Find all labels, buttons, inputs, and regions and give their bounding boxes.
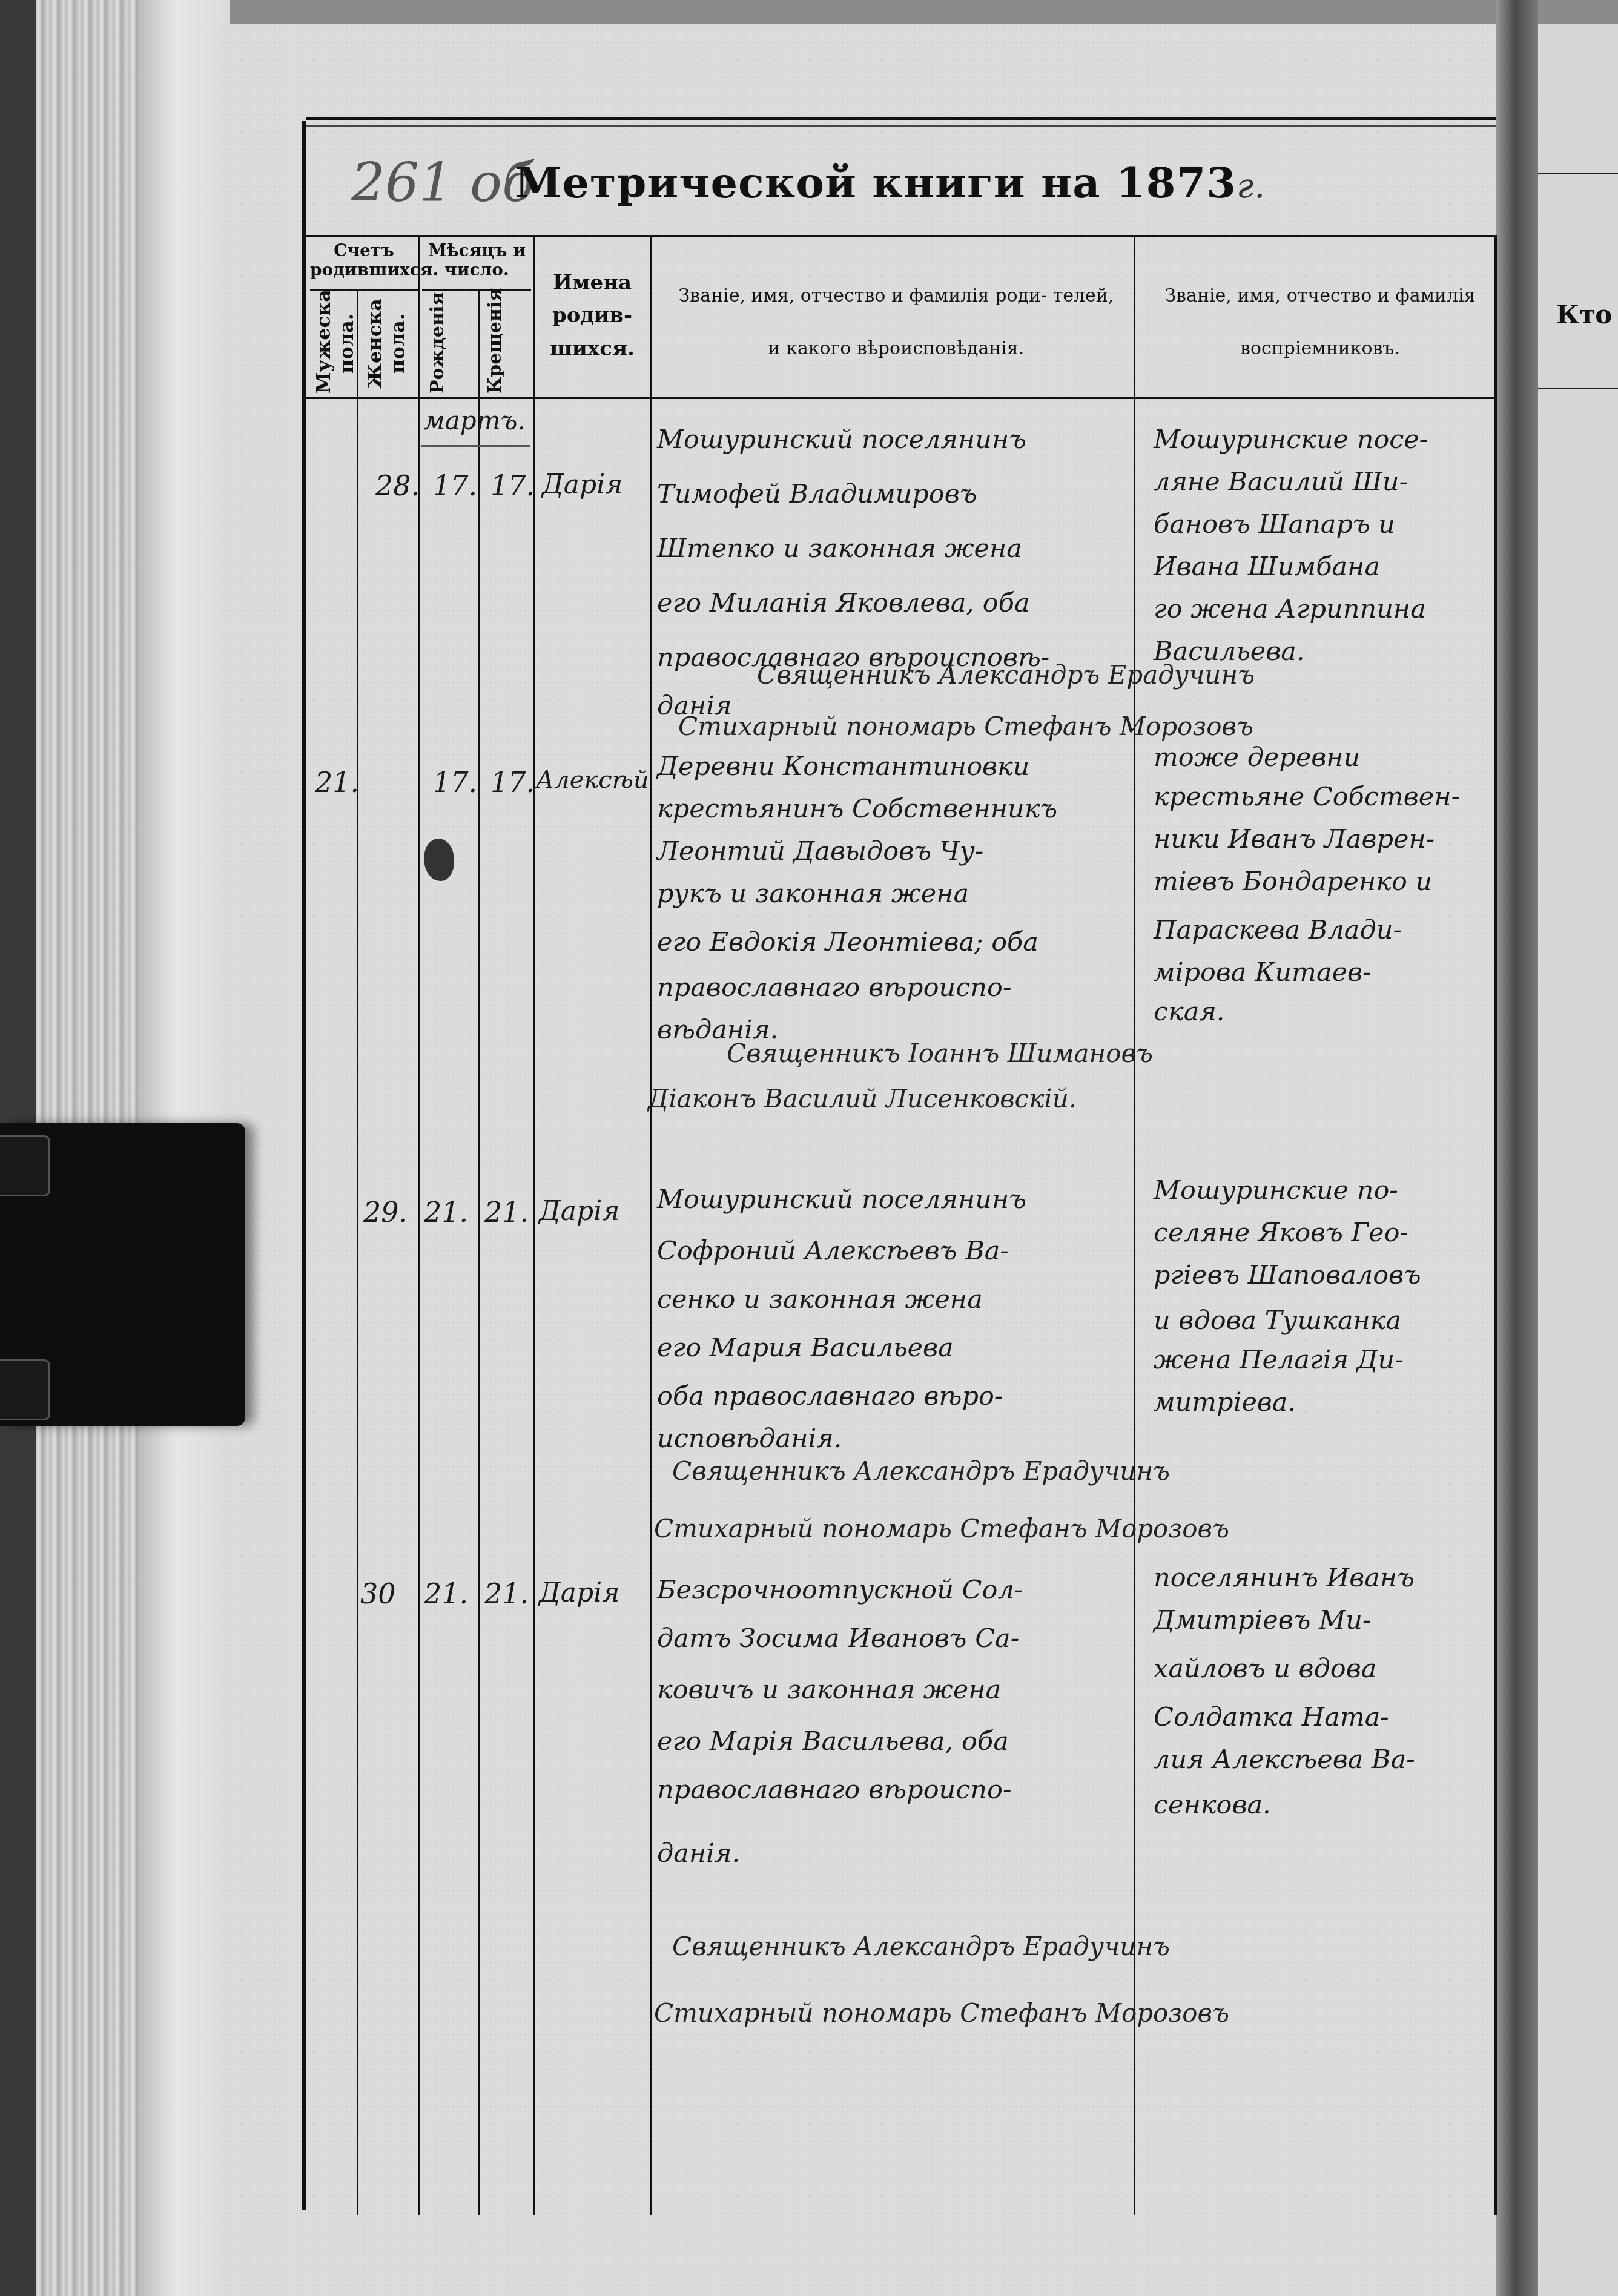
entry-4-godparents-line: хайловъ и вдова xyxy=(1154,1641,1376,1697)
entry-1-signature-priest: Священникъ Александръ Ерадучинъ xyxy=(757,660,1255,690)
entry-1-parents-line: Тимофей Владимировъ xyxy=(657,466,977,522)
folio-number: 261 об xyxy=(351,151,535,214)
col-divider-count-date xyxy=(418,235,420,2215)
page-title-year-suffix: г. xyxy=(1237,167,1266,206)
entry-3-parents-line: Мошуринский поселянинъ xyxy=(657,1172,1026,1227)
entry-4-parents-line: православнаго вѣроиспо- xyxy=(657,1762,1011,1818)
frame-border-left xyxy=(302,121,306,2210)
entry-4-signature-priest: Священникъ Александръ Ерадучинъ xyxy=(672,1931,1170,1961)
entry-4-birth-day: 21. xyxy=(424,1577,468,1610)
header-baptism: Крещенія xyxy=(484,294,528,394)
entry-1-parents-line: его Миланія Яковлева, оба xyxy=(657,575,1030,631)
frame-border-top-thin xyxy=(306,125,1496,127)
frame-border-top xyxy=(306,117,1496,120)
entry-1-female-number: 28. xyxy=(375,469,420,502)
entry-1-baptism-day: 17. xyxy=(490,469,535,502)
entry-3-signature-sexton: Стихарный пономарь Стефанъ Морозовъ xyxy=(654,1514,1229,1543)
clip-hinge-top xyxy=(0,1135,50,1196)
entry-3-female-number: 29. xyxy=(363,1196,408,1229)
col-divider-parents-godparents xyxy=(1134,235,1135,2215)
entry-2-child-name: Алексѣй xyxy=(536,766,649,794)
date-subrule xyxy=(422,289,531,291)
book-gutter xyxy=(1496,0,1538,2296)
entry-3-birth-day: 21. xyxy=(424,1196,468,1229)
entry-4-child-name: Дарія xyxy=(539,1577,619,1608)
header-top-rule xyxy=(306,235,1496,237)
entry-1-parents-line: Мошуринский поселянинъ xyxy=(657,412,1026,467)
header-names: Имена родив- шихся. xyxy=(538,266,647,365)
col-divider-date-names xyxy=(533,235,535,2215)
header-male: Мужеска пола. xyxy=(312,294,355,394)
entry-2-signature-deacon: Діаконъ Василий Лисенковскій. xyxy=(648,1084,1077,1113)
entry-2-signature-priest: Священникъ Іоаннъ Шимановъ xyxy=(727,1038,1153,1068)
entry-3-godparents-line: митріева. xyxy=(1154,1374,1296,1430)
entry-3-parents-line: Софроний Алексѣевъ Ва- xyxy=(657,1223,1009,1279)
entry-4-parents-line: ковичъ и законная жена xyxy=(657,1662,1001,1718)
facing-page-header: Кто xyxy=(1556,300,1612,329)
page-title-text: Метрической книги на 1873 xyxy=(515,157,1237,208)
entry-1-parents-line: Штепко и законная жена xyxy=(657,521,1022,576)
page-title: Метрической книги на 1873г. xyxy=(515,157,1266,208)
entry-3-signature-priest: Священникъ Александръ Ерадучинъ xyxy=(672,1456,1170,1486)
col-divider-birth-baptism xyxy=(478,289,480,2215)
entry-4-parents-line: Безсрочноотпускной Сол- xyxy=(657,1562,1023,1618)
header-parents: Званіе, имя, отчество и фамилія роди- те… xyxy=(672,269,1120,375)
entry-2-godparents-line: тіевъ Бондаренко и xyxy=(1154,854,1432,909)
header-count-group: Счетъ родившихся. xyxy=(310,241,418,280)
entry-2-baptism-day: 17. xyxy=(490,766,535,799)
entry-1-child-name: Дарія xyxy=(542,469,622,500)
entry-2-godparents-line: ская. xyxy=(1154,984,1225,1040)
entry-4-parents-line: данія. xyxy=(657,1826,740,1881)
entry-2-male-number: 21. xyxy=(315,766,359,799)
col-divider-right-edge xyxy=(1494,235,1497,2215)
col-divider-male-female xyxy=(357,289,358,2215)
facing-page-rule xyxy=(1538,388,1618,389)
entry-4-godparents-line: сенкова. xyxy=(1154,1777,1271,1833)
entry-1-birth-day: 17. xyxy=(433,469,477,502)
header-godparents: Званіе, имя, отчество и фамилія воспріем… xyxy=(1163,269,1478,375)
entry-3-parents-line: его Мария Васильева xyxy=(657,1320,954,1376)
entry-4-signature-sexton: Стихарный пономарь Стефанъ Морозовъ xyxy=(654,1998,1229,2028)
entry-3-baptism-day: 21. xyxy=(484,1196,529,1229)
ink-blot xyxy=(424,839,454,881)
header-bottom-rule xyxy=(306,397,1496,399)
month-note-underline xyxy=(421,445,530,447)
clip-hinge-bottom xyxy=(0,1359,50,1420)
entry-3-parents-line: сенко и законная жена xyxy=(657,1272,983,1327)
facing-page-rule xyxy=(1538,173,1618,174)
entry-2-birth-day: 17. xyxy=(433,766,477,799)
month-note: мартъ. xyxy=(424,406,526,435)
entry-4-female-number: 30 xyxy=(360,1577,396,1610)
entry-4-godparents-line: Дмитріевъ Ми- xyxy=(1154,1592,1371,1648)
entry-4-parents-line: его Марія Васильева, оба xyxy=(657,1714,1009,1769)
header-birth: Рожденія xyxy=(427,294,474,394)
facing-page: Кто xyxy=(1538,24,1618,2296)
header-female: Женска пола. xyxy=(363,294,412,394)
col-divider-names-parents xyxy=(650,235,652,2215)
entry-4-baptism-day: 21. xyxy=(484,1577,529,1610)
entry-4-parents-line: датъ Зосима Ивановъ Са- xyxy=(657,1611,1019,1666)
entry-3-child-name: Дарія xyxy=(539,1196,619,1227)
binder-clip xyxy=(0,1123,245,1426)
entry-2-parents-line: рукъ и законная жена xyxy=(657,866,969,922)
header-date-group: Мѣсяцъ и число. xyxy=(421,241,533,280)
